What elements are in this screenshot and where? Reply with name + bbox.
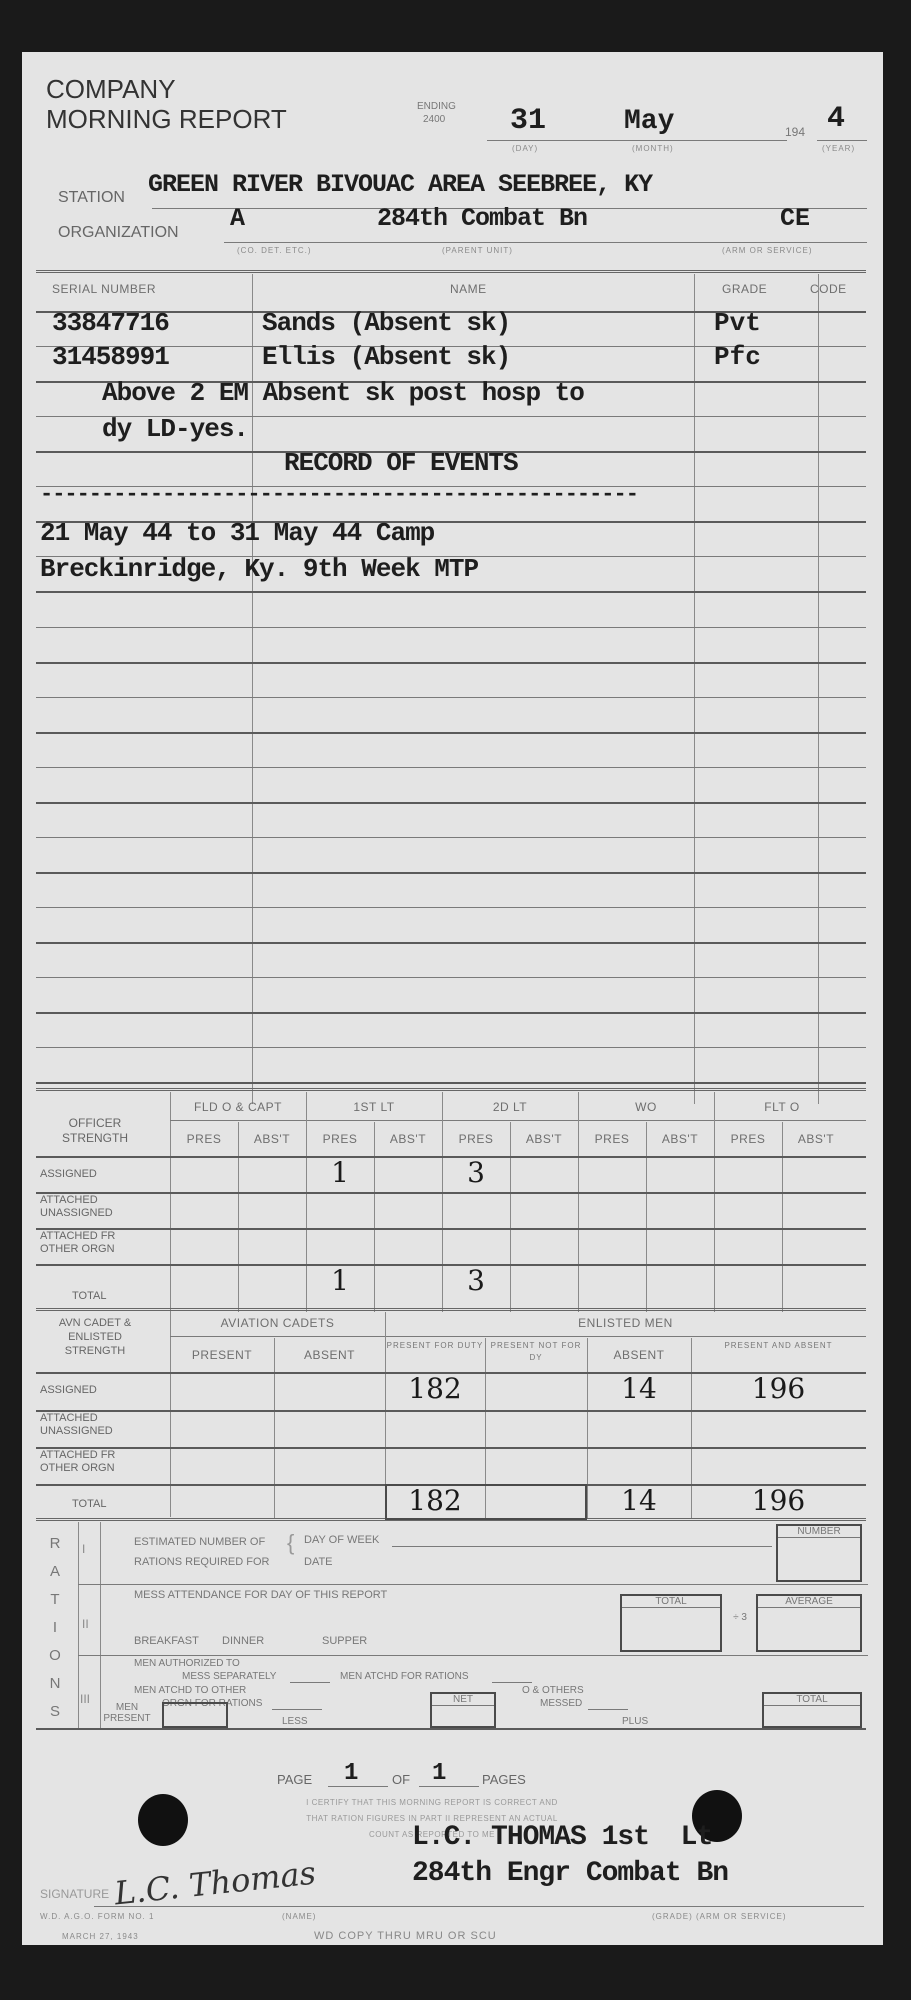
company-value: A — [230, 204, 245, 233]
signer-name-grade: L.C. THOMAS 1st Lt — [412, 1822, 712, 1853]
pages-label: PAGES — [482, 1772, 526, 1787]
part-iii-numeral: III — [80, 1692, 90, 1706]
number-box[interactable]: NUMBER — [776, 1524, 862, 1582]
col-grade: GRADE — [722, 282, 767, 296]
serial-number: 31458991 — [52, 342, 169, 372]
certify-line-1: I CERTIFY THAT THIS MORNING REPORT IS CO… — [222, 1795, 642, 1811]
o-others-label-2: MESSED — [540, 1698, 582, 1709]
year-prefix: 194 — [785, 125, 805, 139]
sub-pres: PRES — [442, 1132, 510, 1146]
sub-pres: PRES — [306, 1132, 374, 1146]
caption-parent-unit: (PARENT UNIT) — [442, 246, 513, 255]
events-line-2: Breckinridge, Ky. 9th Week MTP — [40, 554, 478, 584]
signature-label: SIGNATURE — [40, 1887, 109, 1901]
form-title: COMPANY MORNING REPORT — [46, 74, 287, 134]
average-label: AVERAGE — [758, 1596, 860, 1608]
roster-divider-2 — [694, 274, 695, 1104]
enlisted-group-line — [170, 1336, 866, 1337]
remark-line-2: dy LD-yes. — [102, 414, 248, 444]
day-value: 31 — [510, 104, 546, 138]
mess-attendance-label: MESS ATTENDANCE FOR DAY OF THIS REPORT — [134, 1589, 387, 1601]
morning-report-form: COMPANY MORNING REPORT ENDING 2400 31 Ma… — [22, 52, 883, 1945]
officer-strength-title: OFFICER STRENGTH — [40, 1116, 150, 1146]
grade-caption: (GRADE) (ARM OR SERVICE) — [652, 1912, 787, 1921]
form-id: W.D. A.G.O. FORM NO. 1 — [40, 1912, 154, 1921]
copy-note: WD COPY THRU MRU OR SCU — [314, 1930, 497, 1942]
caption-company: (CO. DET. ETC.) — [237, 246, 312, 255]
col-name: NAME — [450, 282, 487, 296]
organization-label: ORGANIZATION — [58, 224, 179, 242]
rations-side-label: RATIONS — [40, 1530, 70, 1726]
part-ii-numeral: II — [82, 1617, 89, 1631]
sub-abst: ABS'T — [374, 1132, 442, 1146]
col-enlisted-absent: ABSENT — [587, 1348, 691, 1362]
net-box[interactable]: NET — [430, 1692, 496, 1728]
enlisted-strength-title: AVN CADET & ENLISTED STRENGTH — [40, 1316, 150, 1358]
name-caption: (NAME) — [282, 1912, 316, 1921]
sub-abst: ABS'T — [782, 1132, 850, 1146]
mess-separately-field[interactable] — [290, 1682, 330, 1683]
organization-underline — [224, 242, 867, 243]
caption-arm: (ARM OR SERVICE) — [722, 246, 813, 255]
station-value: GREEN RIVER BIVOUAC AREA SEEBREE, KY — [148, 170, 652, 199]
soldier-name: Sands (Absent sk) — [262, 308, 510, 338]
row-label-attached-unassigned: ATTACHED UNASSIGNED — [40, 1412, 150, 1438]
remark-line-1: Above 2 EM Absent sk post hosp to — [102, 378, 584, 408]
roster-top-border — [36, 270, 866, 273]
group-header-line — [170, 1120, 866, 1121]
supper-label[interactable]: SUPPER — [322, 1635, 367, 1647]
group-enlisted-men: ENLISTED MEN — [385, 1316, 866, 1330]
o-others-label-1: O & OTHERS — [522, 1685, 584, 1696]
group-1st-lt: 1ST LT — [306, 1100, 442, 1114]
col-present-and-absent: PRESENT AND ABSENT — [691, 1340, 866, 1352]
date-label: DATE — [304, 1556, 333, 1568]
ending-time: 2400 — [417, 113, 456, 126]
part-i-label: ESTIMATED NUMBER OF RATIONS REQUIRED FOR — [134, 1532, 269, 1572]
men-atchd-other-1: MEN ATCHD TO OTHER — [134, 1685, 246, 1696]
col-code: CODE — [810, 282, 847, 296]
punch-hole-left — [138, 1794, 188, 1846]
mess-total-label: TOTAL — [622, 1596, 720, 1608]
net-label: NET — [432, 1694, 494, 1706]
total-absent: 14 — [587, 1484, 691, 1517]
officer-divider — [170, 1092, 171, 1312]
total-present-and-absent: 196 — [691, 1484, 866, 1517]
total-present-for-duty: 182 — [385, 1484, 485, 1517]
sub-pres: PRES — [714, 1132, 782, 1146]
station-label: STATION — [58, 189, 125, 207]
year-caption: (YEAR) — [822, 144, 855, 153]
row-label: ASSIGNED — [40, 1168, 97, 1180]
signature-line — [94, 1906, 864, 1907]
brace: { — [287, 1530, 294, 1556]
serial-number: 33847716 — [52, 308, 169, 338]
assigned-present-and-absent: 196 — [691, 1372, 866, 1405]
plus-label: PLUS — [622, 1716, 648, 1727]
rations-total-box[interactable]: TOTAL — [762, 1692, 862, 1728]
less-label: LESS — [282, 1716, 308, 1727]
rations-total-label: TOTAL — [764, 1694, 860, 1706]
day-of-week-field[interactable] — [392, 1546, 772, 1547]
day-caption: (DAY) — [512, 144, 538, 153]
pages-total: 1 — [432, 1760, 446, 1787]
group-wo: WO — [578, 1100, 714, 1114]
group-aviation-cadets: AVIATION CADETS — [170, 1316, 385, 1330]
year-digit: 4 — [827, 102, 845, 136]
officer-table-top — [36, 1088, 866, 1091]
pages-field-line — [419, 1786, 479, 1787]
assigned-1st-lt-pres: 1 — [306, 1156, 374, 1189]
group-2d-lt: 2D LT — [442, 1100, 578, 1114]
group-flt-o: FLT O — [714, 1100, 850, 1114]
month-caption: (MONTH) — [632, 144, 674, 153]
col-present-for-duty: PRESENT FOR DUTY — [385, 1340, 485, 1352]
month-value: May — [624, 106, 674, 137]
average-box[interactable]: AVERAGE — [756, 1594, 862, 1652]
sub-abst: ABS'T — [238, 1132, 306, 1146]
breakfast-label[interactable]: BREAKFAST — [134, 1635, 199, 1647]
sub-pres: PRES — [170, 1132, 238, 1146]
men-authorized-label-1: MEN AUTHORIZED TO — [134, 1658, 240, 1669]
men-present-label: MENPRESENT — [102, 1702, 152, 1724]
sub-abst: ABS'T — [510, 1132, 578, 1146]
date-underline — [487, 140, 787, 141]
col-serial-number: SERIAL NUMBER — [52, 282, 156, 296]
part-i-numeral: I — [82, 1542, 85, 1556]
sub-abst: ABS'T — [646, 1132, 714, 1146]
col-present-not-for-dy: PRESENT NOT FOR DY — [485, 1340, 587, 1364]
page-label: PAGE — [277, 1772, 312, 1787]
number-box-label: NUMBER — [778, 1526, 860, 1538]
group-fld-capt: FLD O & CAPT — [170, 1100, 306, 1114]
ending-word: ENDING — [417, 100, 456, 113]
year-underline — [817, 140, 867, 141]
handwritten-signature: L.C. Thomas — [113, 1854, 318, 1913]
events-line-1: 21 May 44 to 31 May 44 Camp — [40, 518, 434, 548]
separator-dashes: ----------------------------------------… — [40, 482, 820, 507]
title-line-1: COMPANY — [46, 74, 287, 104]
parent-unit-value: 284th Combat Bn — [377, 204, 587, 233]
men-present-box[interactable] — [162, 1702, 228, 1728]
soldier-grade: Pfc — [714, 342, 761, 372]
total-2d-lt-pres: 3 — [442, 1264, 510, 1297]
row-label: TOTAL — [72, 1290, 106, 1302]
enlisted-divider — [170, 1312, 171, 1517]
record-of-events-heading: RECORD OF EVENTS — [284, 448, 518, 478]
assigned-present-for-duty: 182 — [385, 1372, 485, 1405]
atchd-other-field[interactable] — [272, 1709, 322, 1710]
row-label-attached-unassigned: ATTACHED UNASSIGNED — [40, 1194, 150, 1220]
of-label: OF — [392, 1772, 410, 1787]
day-of-week-label: DAY OF WEEK — [304, 1534, 379, 1546]
others-messed-field[interactable] — [588, 1709, 628, 1710]
row-label: TOTAL — [72, 1498, 106, 1510]
men-authorized-label-2: MESS SEPARATELY — [182, 1671, 276, 1682]
assigned-2d-lt-pres: 3 — [442, 1156, 510, 1189]
form-date: MARCH 27, 1943 — [62, 1932, 139, 1941]
col-cadets-absent: ABSENT — [274, 1348, 385, 1362]
dinner-label[interactable]: DINNER — [222, 1635, 264, 1647]
row-label-attached-fr-other: ATTACHED FR OTHER ORGN — [40, 1449, 150, 1475]
soldier-grade: Pvt — [714, 308, 761, 338]
mess-total-box[interactable]: TOTAL — [620, 1594, 722, 1652]
total-1st-lt-pres: 1 — [306, 1264, 374, 1297]
title-line-2: MORNING REPORT — [46, 104, 287, 134]
row-label-attached-fr-other: ATTACHED FR OTHER ORGN — [40, 1230, 150, 1256]
assigned-absent: 14 — [587, 1372, 691, 1405]
page-number: 1 — [344, 1760, 358, 1787]
atchd-for-rations-field[interactable] — [492, 1682, 532, 1683]
arm-value: CE — [780, 204, 810, 233]
row-label: ASSIGNED — [40, 1384, 97, 1396]
divide-by-3: ÷ 3 — [730, 1612, 750, 1623]
signer-unit: 284th Engr Combat Bn — [412, 1858, 728, 1889]
col-cadets-present: PRESENT — [170, 1348, 274, 1362]
ending-label: ENDING 2400 — [417, 100, 456, 126]
sub-pres: PRES — [578, 1132, 646, 1146]
roster-divider-3 — [818, 274, 819, 1104]
soldier-name: Ellis (Absent sk) — [262, 342, 510, 372]
men-atchd-for-rations-label: MEN ATCHD FOR RATIONS — [340, 1671, 469, 1682]
